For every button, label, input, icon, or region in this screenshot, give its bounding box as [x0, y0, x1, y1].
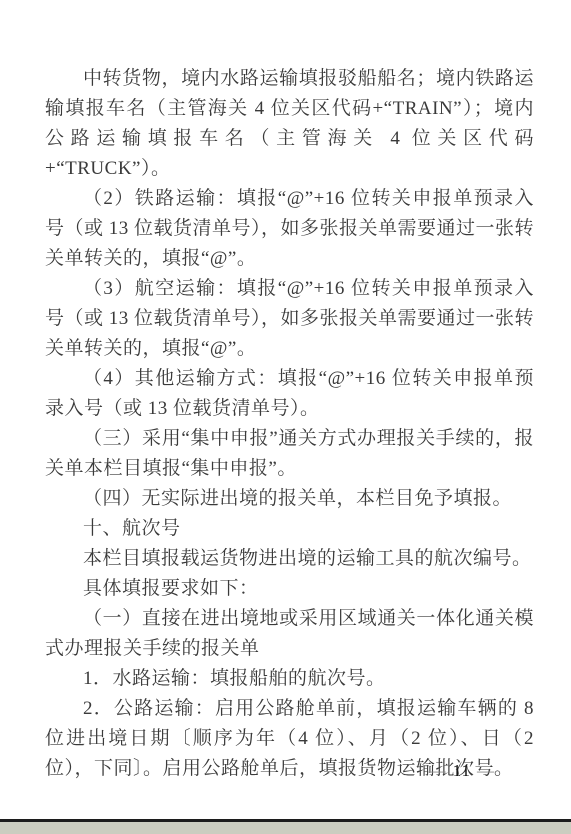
paragraph: 本栏目填报载运货物进出境的运输工具的航次编号。 — [45, 544, 534, 574]
paragraph: 具体填报要求如下： — [45, 574, 534, 604]
scan-background-strip — [0, 822, 571, 834]
paragraph: （4）其他运输方式：填报“@”+16 位转关申报单预录入号（或 13 位载货清单… — [45, 364, 534, 424]
paragraph: （四）无实际进出境的报关单，本栏目免予填报。 — [45, 484, 534, 514]
document-body: 中转货物，境内水路运输填报驳船船名；境内铁路运输填报车名（主管海关 4 位关区代… — [45, 64, 534, 784]
paragraph: （一）直接在进出境地或采用区域通关一体化通关模式办理报关手续的报关单 — [45, 604, 534, 664]
page-number-dash-left: — — [423, 761, 453, 780]
paragraph: 中转货物，境内水路运输填报驳船船名；境内铁路运输填报车名（主管海关 4 位关区代… — [45, 64, 534, 184]
section-heading: 十、航次号 — [45, 514, 534, 544]
paragraph: 1．水路运输：填报船舶的航次号。 — [45, 664, 534, 694]
paragraph: （三）采用“集中申报”通关方式办理报关手续的，报关单本栏目填报“集中申报”。 — [45, 424, 534, 484]
page-number-value: 11 — [453, 761, 471, 780]
document-page: 中转货物，境内水路运输填报驳船船名；境内铁路运输填报车名（主管海关 4 位关区代… — [0, 0, 571, 834]
paragraph: （2）铁路运输：填报“@”+16 位转关申报单预录入号（或 13 位载货清单号）… — [45, 184, 534, 274]
page-number-dash-right: — — [471, 761, 501, 780]
paragraph: （3）航空运输：填报“@”+16 位转关申报单预录入号（或 13 位载货清单号）… — [45, 274, 534, 364]
page-number: —11— — [423, 761, 501, 781]
